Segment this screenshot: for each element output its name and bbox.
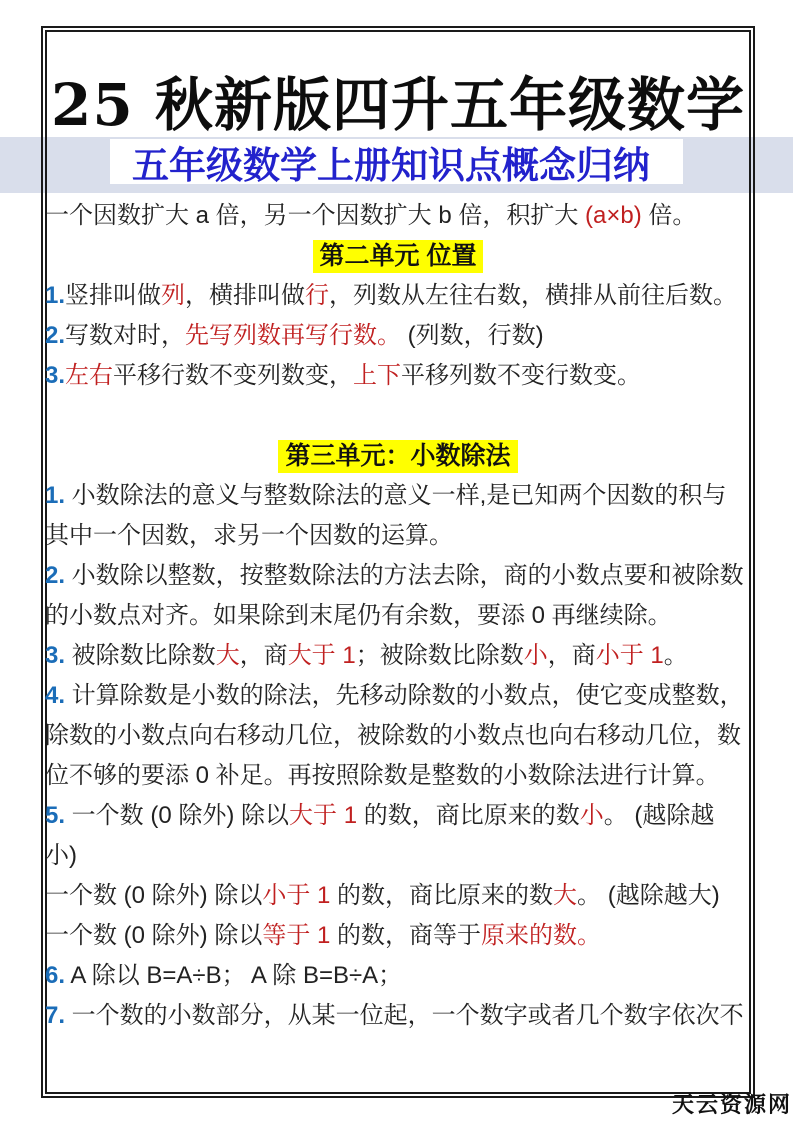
text-segment: (a×b) [585,202,642,229]
text-segment: 的数，商比原来的数 [357,802,580,829]
text-line: 2. 小数除以整数，按整数除法的方法去除，商的小数点要和被除数 [45,556,751,596]
text-segment: 大于 1 [288,642,356,669]
text-segment: 竖排叫做 [65,282,161,309]
text-line: 4. 计算除数是小数的除法，先移动除数的小数点，使它变成整数， [45,676,751,716]
text-segment: 大 [553,882,577,909]
text-segment: 位不够的要添 0 补足。再按照除数是整数的小数除法进行计算。 [45,762,720,789]
text-line: 2.写数对时，先写列数再写行数。 (列数，行数) [45,316,751,356]
text-segment: 大于 1 [289,802,357,829]
text-segment: 4. [45,682,65,709]
document-title: 25 秋新版四升五年级数学 [41,58,755,142]
text-segment: 一个数 (0 除外) 除以 [45,882,262,909]
text-line: 3.左右平移行数不变列数变，上下平移列数不变行数变。 [45,356,751,396]
text-segment: ，商 [240,642,288,669]
text-segment: 一个因数扩大 a 倍，另一个因数扩大 b 倍，积扩大 [45,202,585,229]
text-line: 一个数 (0 除外) 除以小于 1 的数，商比原来的数大。 (越除越大) [45,876,751,916]
text-segment: 。 [664,642,688,669]
text-segment: 小) [45,842,77,869]
text-line: 1.竖排叫做列，横排叫做行，列数从左往右数，横排从前往后数。 [45,276,751,316]
section-heading: 第二单元 位置 [45,236,751,276]
text-segment: 小 [524,642,548,669]
text-segment: 小数除法的意义与整数除法的意义一样,是已知两个因数的积与 [65,482,726,509]
text-line: 小) [45,836,751,876]
text-line: 5. 一个数 (0 除外) 除以大于 1 的数，商比原来的数小。 (越除越 [45,796,751,836]
text-segment: 6. [45,962,65,989]
text-segment: 1. [45,482,65,509]
text-line: 1. 小数除法的意义与整数除法的意义一样,是已知两个因数的积与 [45,476,751,516]
text-segment: 一个数 (0 除外) 除以 [65,802,289,829]
section-heading-text: 第二单元 位置 [313,240,484,273]
text-segment: 的数，商等于 [330,922,481,949]
document-body: 一个因数扩大 a 倍，另一个因数扩大 b 倍，积扩大 (a×b) 倍。第二单元 … [45,196,751,1036]
section-heading: 第三单元：小数除法 [45,436,751,476]
subtitle-box: 五年级数学上册知识点概念归纳 [110,139,683,184]
section-heading-text: 第三单元：小数除法 [278,440,517,473]
text-segment: 小于 1 [262,882,330,909]
text-line: 7. 一个数的小数部分，从某一位起，一个数字或者几个数字依次不 [45,996,751,1036]
text-segment: 倍。 [642,202,697,229]
text-segment: A 除以 B=A÷B； A 除 B=B÷A； [65,962,402,989]
text-segment: ，横排叫做 [185,282,305,309]
text-segment: 一个数 (0 除外) 除以 [45,922,262,949]
text-segment: 平移列数不变行数变。 [401,362,641,389]
text-segment: 其中一个因数，求另一个因数的运算。 [45,522,453,549]
text-line: 6. A 除以 B=A÷B； A 除 B=B÷A； [45,956,751,996]
text-segment: ，商 [548,642,596,669]
text-segment: 一个数的小数部分，从某一位起，一个数字或者几个数字依次不 [65,1002,744,1029]
text-segment: 平移行数不变列数变， [113,362,353,389]
text-segment: 的小数点对齐。如果除到末尾仍有余数，要添 0 再继续除。 [45,602,672,629]
text-line: 的小数点对齐。如果除到末尾仍有余数，要添 0 再继续除。 [45,596,751,636]
text-segment: 的数，商比原来的数 [330,882,553,909]
text-segment: 1. [45,282,65,309]
text-line: 其中一个因数，求另一个因数的运算。 [45,516,751,556]
text-segment: 写数对时， [65,322,185,349]
text-segment: 2. [45,562,65,589]
text-segment: ；被除数比除数 [356,642,524,669]
text-segment: 。 (越除越大) [577,882,720,909]
text-segment: ，列数从左往右数，横排从前往后数。 [329,282,737,309]
text-segment: 被除数比除数 [65,642,216,669]
text-segment: 列 [161,282,185,309]
text-segment: 计算除数是小数的除法，先移动除数的小数点，使它变成整数， [65,682,744,709]
text-segment: 等于 1 [262,922,330,949]
text-segment: 。 (越除越 [604,802,715,829]
watermark: 天云资源网 [672,1088,792,1119]
text-segment: (列数，行数) [401,322,544,349]
text-segment: 原来的数。 [481,922,601,949]
text-segment: 大 [216,642,240,669]
blank-line [45,396,751,436]
text-line: 位不够的要添 0 补足。再按照除数是整数的小数除法进行计算。 [45,756,751,796]
text-segment: 行 [305,282,329,309]
text-segment: 除数的小数点向右移动几位，被除数的小数点也向右移动几位，数 [45,722,741,749]
text-line: 除数的小数点向右移动几位，被除数的小数点也向右移动几位，数 [45,716,751,756]
text-segment: 5. [45,802,65,829]
text-segment: 小数除以整数，按整数除法的方法去除，商的小数点要和被除数 [65,562,744,589]
text-segment: 3. [45,642,65,669]
text-segment: 上下 [353,362,401,389]
text-segment: 2. [45,322,65,349]
text-segment: 7. [45,1002,65,1029]
text-segment: 3. [45,362,65,389]
text-segment: 先写列数再写行数。 [185,322,401,349]
text-line: 一个因数扩大 a 倍，另一个因数扩大 b 倍，积扩大 (a×b) 倍。 [45,196,751,236]
text-segment: 左右 [65,362,113,389]
text-line: 3. 被除数比除数大，商大于 1；被除数比除数小，商小于 1。 [45,636,751,676]
text-line: 一个数 (0 除外) 除以等于 1 的数，商等于原来的数。 [45,916,751,956]
document-subtitle: 五年级数学上册知识点概念归纳 [132,135,650,189]
text-segment: 小于 1 [596,642,664,669]
text-segment: 小 [580,802,604,829]
